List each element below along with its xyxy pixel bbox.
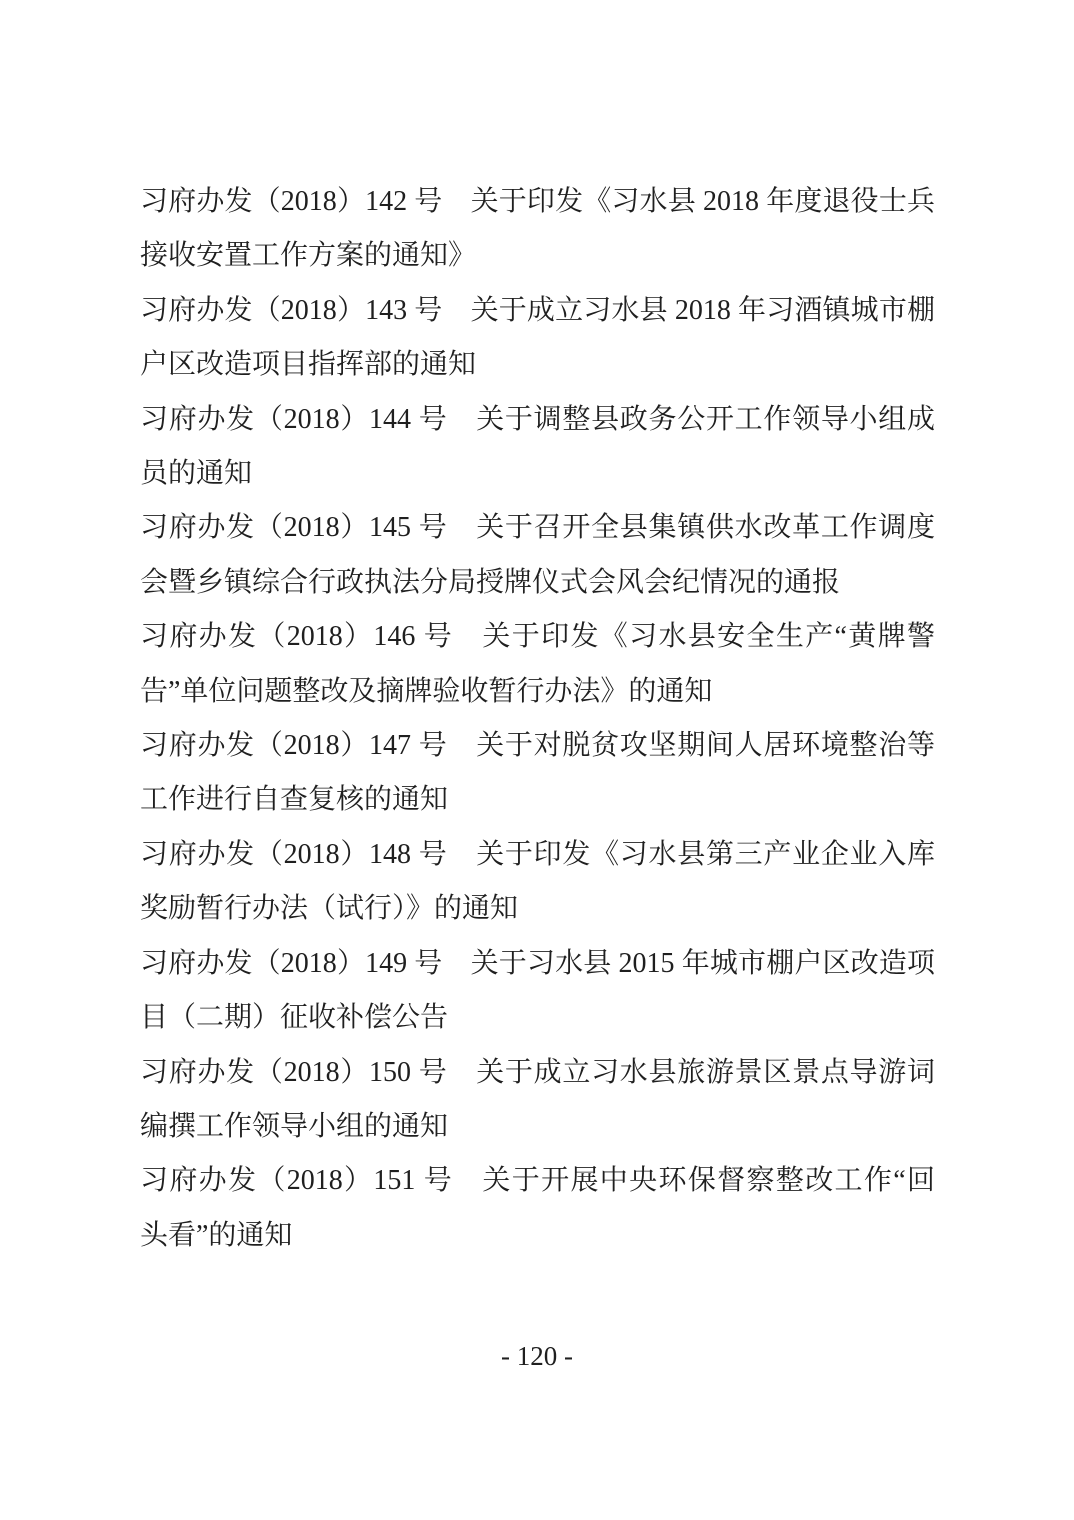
notice-entry-147: 习府办发（2018）147 号 关于对脱贫攻坚期间人居环境整治等 工作进行自查复… [140,719,935,828]
notice-entry-151: 习府办发（2018）151 号 关于开展中央环保督察整改工作“回 头看”的通知 [140,1154,935,1263]
entry-line: 习府办发（2018）149 号 关于习水县 2015 年城市棚户区改造项 [140,937,935,991]
entry-line: 习府办发（2018）151 号 关于开展中央环保督察整改工作“回 [140,1154,935,1208]
entry-line: 接收安置工作方案的通知》 [140,229,935,283]
page-number: - 120 - [0,1341,1074,1372]
notice-entry-150: 习府办发（2018）150 号 关于成立习水县旅游景区景点导游词 编撰工作领导小… [140,1046,935,1155]
entry-line: 头看”的通知 [140,1209,935,1263]
notice-entry-144: 习府办发（2018）144 号 关于调整县政务公开工作领导小组成 员的通知 [140,393,935,502]
entry-line: 习府办发（2018）146 号 关于印发《习水县安全生产“黄牌警 [140,610,935,664]
entry-line: 习府办发（2018）144 号 关于调整县政务公开工作领导小组成 [140,393,935,447]
entry-line: 习府办发（2018）150 号 关于成立习水县旅游景区景点导游词 [140,1046,935,1100]
notice-index-list: 习府办发（2018）142 号 关于印发《习水县 2018 年度退役士兵 接收安… [140,175,935,1263]
entry-line: 习府办发（2018）143 号 关于成立习水县 2018 年习酒镇城市棚 [140,284,935,338]
notice-entry-142: 习府办发（2018）142 号 关于印发《习水县 2018 年度退役士兵 接收安… [140,175,935,284]
entry-line: 目（二期）征收补偿公告 [140,991,935,1045]
notice-entry-148: 习府办发（2018）148 号 关于印发《习水县第三产业企业入库 奖励暂行办法（… [140,828,935,937]
entry-line: 员的通知 [140,447,935,501]
notice-entry-143: 习府办发（2018）143 号 关于成立习水县 2018 年习酒镇城市棚 户区改… [140,284,935,393]
entry-line: 习府办发（2018）142 号 关于印发《习水县 2018 年度退役士兵 [140,175,935,229]
entry-line: 工作进行自查复核的通知 [140,773,935,827]
notice-entry-149: 习府办发（2018）149 号 关于习水县 2015 年城市棚户区改造项 目（二… [140,937,935,1046]
entry-line: 奖励暂行办法（试行）》的通知 [140,882,935,936]
entry-line: 编撰工作领导小组的通知 [140,1100,935,1154]
entry-line: 习府办发（2018）145 号 关于召开全县集镇供水改革工作调度 [140,501,935,555]
notice-entry-146: 习府办发（2018）146 号 关于印发《习水县安全生产“黄牌警 告”单位问题整… [140,610,935,719]
notice-entry-145: 习府办发（2018）145 号 关于召开全县集镇供水改革工作调度 会暨乡镇综合行… [140,501,935,610]
entry-line: 习府办发（2018）148 号 关于印发《习水县第三产业企业入库 [140,828,935,882]
entry-line: 会暨乡镇综合行政执法分局授牌仪式会风会纪情况的通报 [140,556,935,610]
entry-line: 习府办发（2018）147 号 关于对脱贫攻坚期间人居环境整治等 [140,719,935,773]
entry-line: 户区改造项目指挥部的通知 [140,338,935,392]
entry-line: 告”单位问题整改及摘牌验收暂行办法》的通知 [140,665,935,719]
